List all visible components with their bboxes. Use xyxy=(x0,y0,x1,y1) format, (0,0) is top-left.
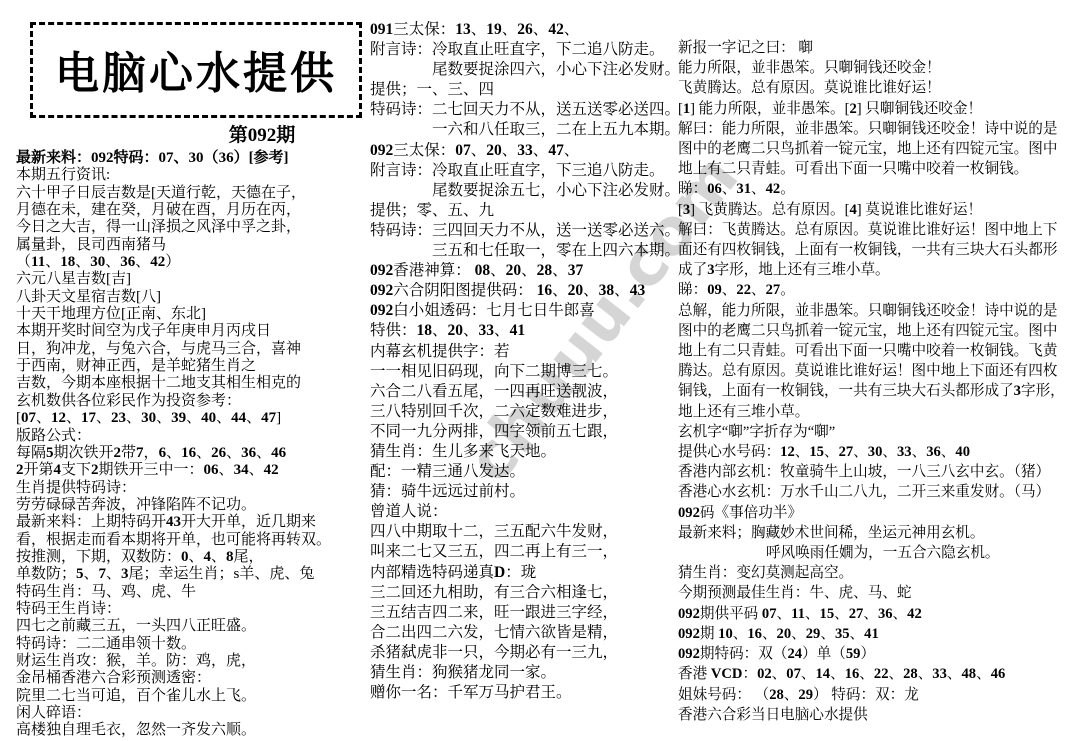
text-line: [3] 飞黄腾达。总有原因。[4] 莫说谁比谁好运！ xyxy=(678,200,1076,220)
text-line: 特码王生肖诗： xyxy=(16,601,364,618)
text-line: 本期五行资讯: xyxy=(16,167,364,184)
text-line: 解曰：能力所限，並非愚笨。只啣铜钱还咬金！诗中说的是 xyxy=(678,119,1076,139)
text-line: 叫来二七又三五，四二再上有三一， xyxy=(370,542,674,562)
text-line: 特码诗：二二通串领十数。 xyxy=(16,636,364,653)
text-line: 最新来料：上期特码开43开大开单，近几期来 xyxy=(16,514,364,531)
text-line: 特码诗：二七回天力不从，送五送零必送四。 xyxy=(370,100,674,120)
text-line: 香港心水玄机：万水千山二八九，二开三来重发财。（马） xyxy=(678,482,1076,502)
text-line: 图中的老鹰二只鸟抓着一锭元宝，地上还有四锭元宝。图中 xyxy=(678,321,1076,341)
text-line: 地上还有三堆小草。 xyxy=(678,402,1076,422)
text-line: 每隔5期次铁开2带7，6、16、26、36、46 xyxy=(16,445,364,462)
text-line: 最新来料；胸藏妙术世间稀，坐运元神用玄机。 xyxy=(678,523,1076,543)
text-line: 香港内部玄机：牧童骑牛上山坡，一八三八玄中玄。（猪） xyxy=(678,462,1076,482)
text-line: 解曰：飞黄腾达。总有原因。莫说谁比谁好运！图中地上下 xyxy=(678,220,1076,240)
text-line: 能力所限，並非愚笨。只啣铜钱还咬金！ xyxy=(678,58,1076,78)
text-line: 杀猪弑虎非一只，今期必有一三九， xyxy=(370,643,674,663)
text-line: 092三太保：07、20、33、47、 xyxy=(370,141,674,161)
text-line: 腾达。总有原因。莫说谁比谁好运！图中地上下面还有四枚 xyxy=(678,361,1076,381)
text-line: 092六合阴阳图提供码： 16、20、38、43 xyxy=(370,281,674,301)
text-line: 附言诗：冷取直止旺直字，下二追八防走。 xyxy=(370,40,674,60)
middle-column-lines: 091三太保：13、19、26、42、附言诗：冷取直止旺直字，下二追八防走。尾数… xyxy=(370,20,674,703)
text-line: 飞黄腾达。总有原因。莫说谁比谁好运！ xyxy=(678,78,1076,98)
text-line: 092期特码：双（24）单（59） xyxy=(678,644,1076,664)
text-line: 按推测，下期，双数防：0、4、8尾， xyxy=(16,549,364,566)
text-line: 配：一精三通八发达。 xyxy=(370,462,674,482)
text-line: 吉数，今期本座根据十二地支其相生相克的 xyxy=(16,375,364,392)
text-line: 八卦天文星宿吉数[八] xyxy=(16,289,364,306)
text-line: 092香港神算： 08、20、28、37 xyxy=(370,261,674,281)
text-line: 六合二八看五尾，一四再旺送靓波， xyxy=(370,382,674,402)
page-title: 电脑心水提供 xyxy=(55,49,337,98)
text-line: 姐妹号码： （28、29） 特码：双：龙 xyxy=(678,685,1076,705)
text-line: 玄机数供各位彩民作为投资参考： xyxy=(16,393,364,410)
text-line: 尾数要捉涂四六，小心下注必发财。 xyxy=(370,60,674,80)
text-line: 三八特别回千次，二六定数难进步， xyxy=(370,402,674,422)
masthead: 电脑心水提供 xyxy=(30,22,362,118)
text-line: [1] 能力所限，並非愚笨。[2] 只啣铜钱还咬金！ xyxy=(678,99,1076,119)
text-line: 一六和八任取三，二在上五九本期。 xyxy=(370,120,674,140)
text-line: 香港 VCD：02、07、14、16、22、28、33、48、46 xyxy=(678,664,1076,684)
text-line: 猜生肖：变幻莫测起高空。 xyxy=(678,563,1076,583)
text-line: 合二出四二六发，七情六欲皆是精， xyxy=(370,623,674,643)
left-column-lines: 最新来料：092特码：07、30（36）[参考]本期五行资讯:六十甲子日辰吉数是… xyxy=(16,150,364,740)
text-line: 日，狗冲龙，与兔六合，与虎马三合，喜神 xyxy=(16,341,364,358)
text-line: 内部精选特码递真D：珑 xyxy=(370,563,674,583)
text-line: 六元八星吉数[吉] xyxy=(16,271,364,288)
right-column-lines: 新报一字记之曰： 啣能力所限，並非愚笨。只啣铜钱还咬金！飞黄腾达。总有原因。莫说… xyxy=(678,38,1076,725)
text-line: 新报一字记之曰： 啣 xyxy=(678,38,1076,58)
right-column: 新报一字记之曰： 啣能力所限，並非愚笨。只啣铜钱还咬金！飞黄腾达。总有原因。莫说… xyxy=(678,38,1076,725)
text-line: 091三太保：13、19、26、42、 xyxy=(370,20,674,40)
text-line: 三二回还九相助，有三合六相逢七， xyxy=(370,583,674,603)
text-line: 地上有二只青蛙。可看出下面一只嘴中咬着一枚铜钱。飞黄 xyxy=(678,341,1076,361)
text-line: 财运生肖攻：猴，羊。防：鸡，虎， xyxy=(16,653,364,670)
text-line: 四八中期取十二，三五配六牛发财， xyxy=(370,522,674,542)
text-line: 尾数要捉涂五七，小心下注必发财。 xyxy=(370,181,674,201)
text-line: 院里二七当可追，百个雀儿水上飞。 xyxy=(16,688,364,705)
text-line: 2开第4支下2期铁开三中一：06、34、42 xyxy=(16,462,364,479)
text-line: 提供；零、五、九 xyxy=(370,201,674,221)
text-line: 于西南，财神正西，是羊蛇猪生肖之 xyxy=(16,358,364,375)
text-line: 092白小姐透码：七月七日牛郎喜 xyxy=(370,301,674,321)
text-line: 附言诗：冷取直止旺直字，下三追八防走。 xyxy=(370,161,674,181)
text-line: 092期供平码 07、11、15、27、36、42 xyxy=(678,604,1076,624)
text-line: 本期开奖时间空为戊子年庚申月丙戌日 xyxy=(16,323,364,340)
text-line: 特供：18、20、33、41 xyxy=(370,321,674,341)
lottery-tip-sheet: chuuu.com 电脑心水提供 第092期 最新来料：092特码：07、30（… xyxy=(0,0,1080,741)
text-line: 猜生肖：狗猴猪龙同一家。 xyxy=(370,663,674,683)
text-line: 提供；一、三、四 xyxy=(370,80,674,100)
text-line: 金吊桶香港六合彩预测透密： xyxy=(16,670,364,687)
text-line: 铜钱，上面有一枚铜钱，一共有三块大石头都形成了3字形， xyxy=(678,381,1076,401)
text-line: 总解，能力所限，並非愚笨。只啣铜钱还咬金！诗中说的是 xyxy=(678,301,1076,321)
text-line: 属量卦，艮司西南猪马 xyxy=(16,237,364,254)
text-line: 呼风唤雨任嫺为，一五合六隐玄机。 xyxy=(678,543,1076,563)
text-line: 四七之前藏三五，一头四八正旺盛。 xyxy=(16,618,364,635)
text-line: 最新来料：092特码：07、30（36）[参考] xyxy=(16,150,364,167)
text-line: 闲人碎语： xyxy=(16,705,364,722)
text-line: 三五和七任取一，零在上四六本期。 xyxy=(370,241,674,261)
text-line: 092期 10、16、20、29、35、41 xyxy=(678,624,1076,644)
text-line: 今日之大吉，得一山泽损之风泽中孚之卦， xyxy=(16,219,364,236)
text-line: 三五结吉四二来，旺一跟进三字经， xyxy=(370,603,674,623)
text-line: 睇：09、22、27。 xyxy=(678,280,1076,300)
text-line: [07、12、17、23、30、39、40、44、47] xyxy=(16,410,364,427)
text-line: 十天干地理方位[正南、东北] xyxy=(16,306,364,323)
text-line: 睇：06、31、42。 xyxy=(678,179,1076,199)
text-line: 劳劳碌碌苦奔波，冲锋陷阵不记功。 xyxy=(16,497,364,514)
text-line: 面还有四枚铜钱，上面有一枚铜钱，一共有三块大石头都形 xyxy=(678,240,1076,260)
text-line: 地上有二只青蛙。可看出下面一只嘴中咬着一枚铜钱。 xyxy=(678,159,1076,179)
text-line: 提供心水号码：12、15、27、30、33、36、40 xyxy=(678,442,1076,462)
text-line: 香港六合彩当日电脑心水提供 xyxy=(678,705,1076,725)
middle-column: 091三太保：13、19、26、42、附言诗：冷取直止旺直字，下二追八防走。尾数… xyxy=(370,20,674,703)
text-line: 猜生肖：生儿多来飞天地。 xyxy=(370,442,674,462)
text-line: 图中的老鹰二只鸟抓着一锭元宝，地上还有四锭元宝。图中 xyxy=(678,139,1076,159)
text-line: 一一相见旧码现，向下二期博三七。 xyxy=(370,362,674,382)
text-line: 特码生肖：马、鸡、虎、牛 xyxy=(16,584,364,601)
text-line: 生肖提供特码诗： xyxy=(16,480,364,497)
text-line: 成了3字形，地上还有三堆小草。 xyxy=(678,260,1076,280)
text-line: 内幕玄机提供字：若 xyxy=(370,342,674,362)
text-line: （11、18、30、36、42） xyxy=(16,254,364,271)
text-line: 版路公式： xyxy=(16,428,364,445)
text-line: 特码诗：三四回天力不从，送一送零必送六。 xyxy=(370,221,674,241)
text-line: 看，根据走而看本期将开单，也可能将再转双。 xyxy=(16,532,364,549)
text-line: 赠你一名：千军万马护君王。 xyxy=(370,683,674,703)
text-line: 092码《事倍功半》 xyxy=(678,503,1076,523)
text-line: 高楼独自理毛衣，忽然一齐发六顺。 xyxy=(16,722,364,739)
text-line: 今期预测最佳生肖：牛、虎、马、蛇 xyxy=(678,583,1076,603)
text-line: 曾道人说： xyxy=(370,502,674,522)
text-line: 月德在未，建在癸，月破在酉，月历在丙， xyxy=(16,202,364,219)
text-line: 不同一九分两排，四字领前五七跟， xyxy=(370,422,674,442)
text-line: 猜：骑牛远远过前村。 xyxy=(370,482,674,502)
text-line: 单数防；5、7、3尾；幸运生肖；s羊、虎、兔 xyxy=(16,566,364,583)
text-line: 玄机字“啣”字折存为“啣” xyxy=(678,422,1076,442)
left-column: 电脑心水提供 第092期 最新来料：092特码：07、30（36）[参考]本期五… xyxy=(16,22,364,740)
text-line: 六十甲子日辰吉数是[天道行乾，天德在子， xyxy=(16,185,364,202)
